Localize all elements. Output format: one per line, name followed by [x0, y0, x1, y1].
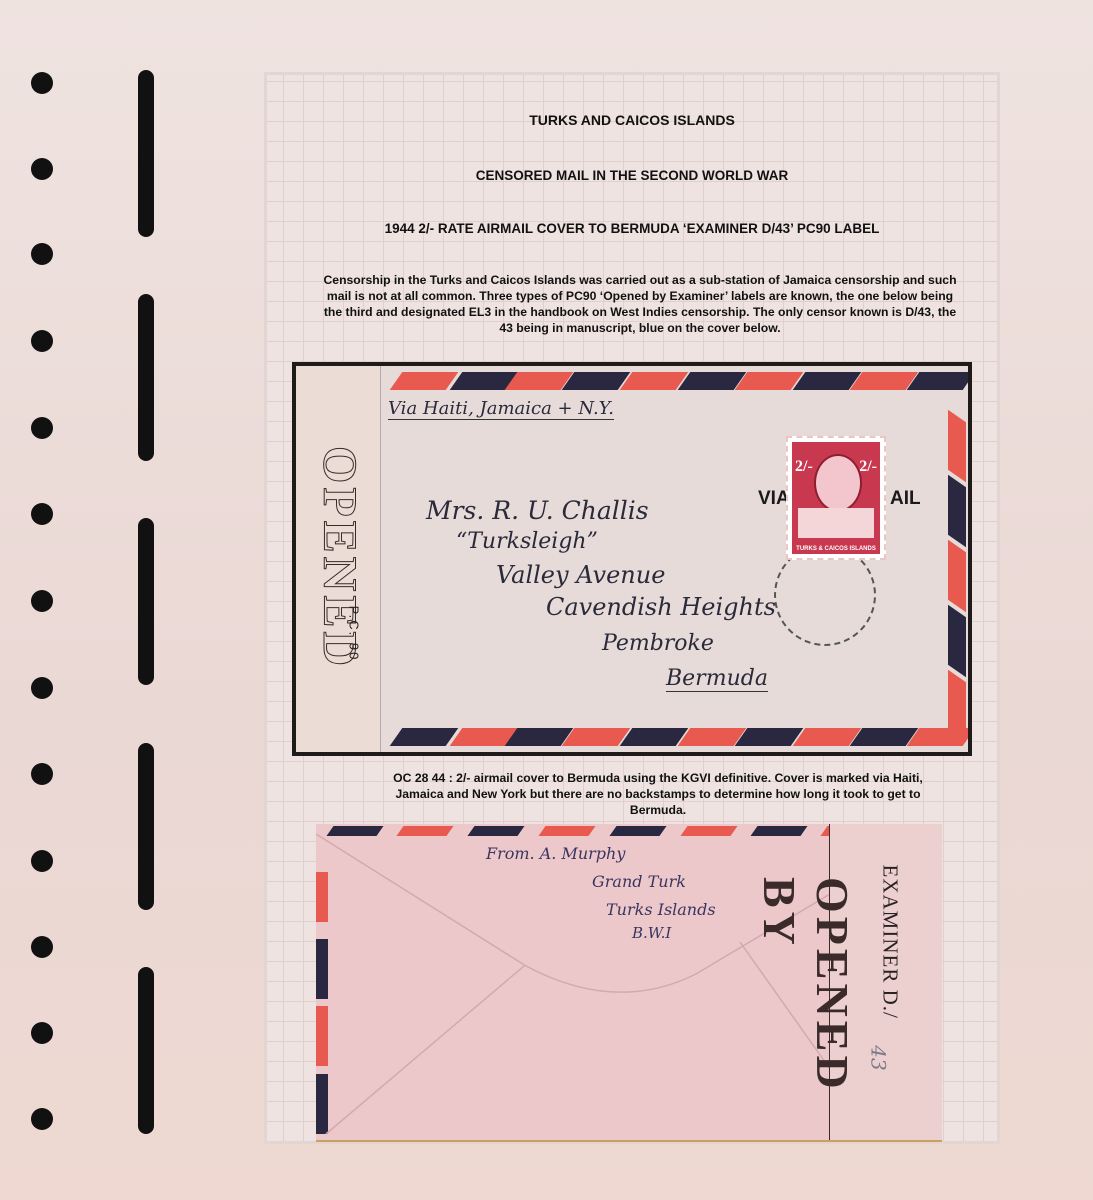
via-airmail-left: VIA — [758, 488, 790, 510]
address-line: Cavendish Heights — [546, 593, 776, 621]
salt-industry-vignette — [798, 508, 874, 538]
airmail-border-top — [296, 372, 968, 390]
binder-slot — [138, 70, 154, 237]
censor-label-examiner: EXAMINER D./ 43 OPENED BY — [829, 824, 942, 1140]
address-line: Mrs. R. U. Challis — [426, 496, 649, 525]
routing-manuscript: Via Haiti, Jamaica + N.Y. — [388, 398, 614, 420]
binder-slot — [138, 518, 154, 685]
binder-hole — [31, 72, 53, 94]
address-line: Pembroke — [602, 631, 714, 656]
binder-hole — [31, 936, 53, 958]
binder-hole — [31, 503, 53, 525]
address-line: Valley Avenue — [496, 561, 665, 589]
page-subtitle: CENSORED MAIL IN THE SECOND WORLD WAR — [264, 168, 1000, 183]
airmail-border-bottom — [296, 728, 968, 746]
cover-front: OPENED BY P.C. 90 Via Haiti, Jamaica + N… — [292, 362, 972, 756]
sender-line: B.W.I — [632, 924, 671, 942]
binder-hole — [31, 1022, 53, 1044]
binder-slot — [138, 967, 154, 1134]
via-airmail-right: AIL — [890, 488, 921, 510]
binder-hole — [31, 590, 53, 612]
binder-hole — [31, 1108, 53, 1130]
binder-slot — [138, 294, 154, 461]
address-line: “Turksleigh” — [456, 529, 598, 554]
censor-number-manuscript: 43 — [867, 1045, 891, 1070]
cover-back: From. A. Murphy Grand Turk Turks Islands… — [316, 824, 942, 1142]
king-portrait — [814, 454, 862, 512]
kgvi-2s-stamp: 2/- 2/- TURKS & CAICOS ISLANDS — [786, 436, 886, 560]
sender-line: Turks Islands — [606, 900, 716, 919]
binder-hole — [31, 158, 53, 180]
item-heading: 1944 2/- RATE AIRMAIL COVER TO BERMUDA ‘… — [264, 221, 1000, 236]
stamp-value-left: 2/- — [795, 458, 813, 476]
binder-hole — [31, 850, 53, 872]
binder-slot — [138, 743, 154, 910]
intro-paragraph: Censorship in the Turks and Caicos Islan… — [318, 272, 962, 336]
binder-hole — [31, 677, 53, 699]
binder-hole — [31, 243, 53, 265]
binder-hole — [31, 330, 53, 352]
pc90-text: P.C. 90 — [347, 584, 362, 684]
opened-by-partial-text: OPENED BY — [753, 877, 859, 1142]
cover-caption: OC 28 44 : 2/- airmail cover to Bermuda … — [372, 770, 944, 818]
binder-hole — [31, 417, 53, 439]
page-title: TURKS AND CAICOS ISLANDS — [264, 112, 1000, 128]
address-line: Bermuda — [666, 666, 768, 692]
censor-label-pc90: OPENED BY P.C. 90 — [296, 366, 381, 752]
stamp-value-right: 2/- — [859, 458, 877, 476]
binder-hole — [31, 763, 53, 785]
sender-line: From. A. Murphy — [486, 844, 625, 863]
airmail-border-right — [948, 366, 966, 752]
stamp-country: TURKS & CAICOS ISLANDS — [794, 546, 878, 552]
sender-line: Grand Turk — [592, 872, 686, 891]
